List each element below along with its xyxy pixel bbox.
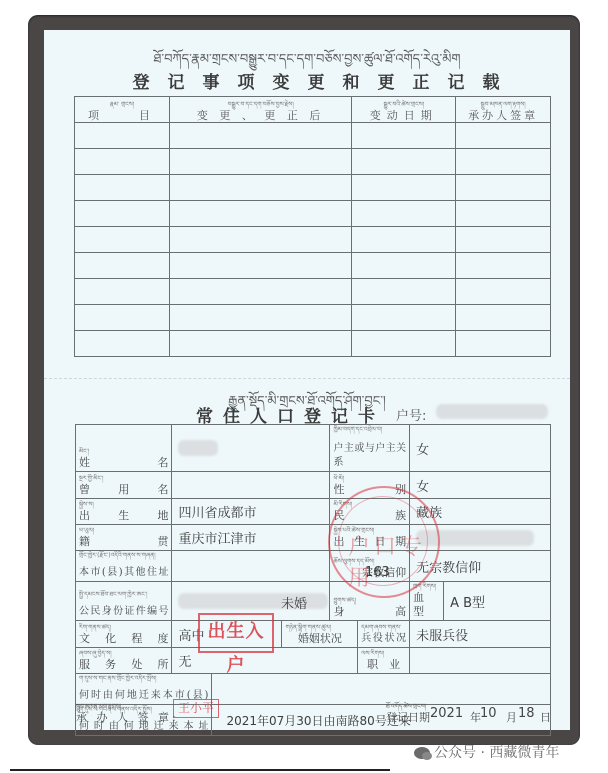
reg-date-label: 登记日期: [386, 709, 430, 725]
value-former-name: [172, 472, 330, 499]
table-row: [75, 149, 551, 175]
label-native-place: ཕ་ཡུལ།籍 贯: [76, 525, 172, 551]
table-row: [75, 331, 551, 357]
row-education: རིག་གནས་ཚད།文 化 程 度 高中 གཉེན་སྒྲིག་གནས་ཚུལ…: [76, 621, 551, 648]
value-gender: 女: [410, 472, 551, 499]
reg-date-year: 2021: [430, 706, 463, 721]
upper-title-chinese: 登记事项变更和更正记载: [44, 68, 588, 93]
table-row: [75, 227, 551, 253]
reg-date-day-unit: 日: [540, 709, 551, 725]
col-item: རྣམ་ གྲངས།项 目: [75, 97, 170, 123]
round-official-seal: 户口专用: [328, 486, 440, 598]
label-name: མིང་།姓 名: [76, 425, 172, 472]
watermark: 公众号 · 西藏微青年: [414, 742, 559, 762]
household-number-redacted: [436, 404, 548, 419]
change-record-header: རྣམ་ གྲངས།项 目 བསྒྱུར་བ་དང་དག་བཅོས་བྱས་རྗ…: [75, 97, 551, 123]
row-birthplace: སྐྱེས་ས།出 生 地 四川省成都市 མི་རིགས།民 族 藏族: [76, 499, 551, 525]
row-id-number: སྤྱི་དམངས་ཐོབ་ཐང་ལག་ཁྱེར་ཨང་།公民身份证件编号 བྱ…: [76, 582, 551, 621]
label-other-address: གྲོང་ཁྱེར་(རྫོང་)འདིའི་གནས་ས་གཞན།本市(县)其他…: [76, 551, 172, 582]
table-row: [75, 305, 551, 331]
col-change-date: སྒྱུར་བའི་ཚེས་གྲངས།变动日期: [352, 97, 456, 123]
value-blood-type: A B型: [444, 582, 551, 621]
page-fold-line: [44, 378, 570, 379]
row-native-place: ཕ་ཡུལ།籍 贯 重庆市江津市 སྐྱེས་པའི་ཚེས་གྲངས།出生日期: [76, 525, 551, 551]
bottom-rule: [10, 769, 390, 771]
label-id-number: སྤྱི་དམངས་ཐོབ་ཐང་ལག་ཁྱེར་ཨང་།公民身份证件编号: [76, 582, 172, 621]
registration-card-table: མིང་།姓 名 ཁྱིམ་བདག་དང་འབྲེལ་བ།户主或与户主关系 女 …: [75, 424, 551, 736]
row-moved-to-city: ག་དུས་ས་གང་ནས་གྲོང་ཁྱེར་འདིར་སྤོས།何时由何地迁…: [76, 674, 551, 705]
value-other-address: [172, 551, 330, 582]
row-other-address: གྲོང་ཁྱེར་(རྫོང་)འདིའི་གནས་ས་གཞན།本市(县)其他…: [76, 551, 551, 582]
label-military: དམག་ཞབས་གནས་ཚུལ།兵役状况: [358, 621, 410, 648]
value-relation: 女: [410, 425, 551, 472]
name-redacted: [178, 440, 218, 456]
label-education: རིག་གནས་ཚད།文 化 程 度: [76, 621, 172, 648]
seal-text: 户口专用: [348, 530, 438, 592]
label-marital: གཉེན་སྒྲིག་གནས་ཚུལ།婚姻状况: [282, 621, 358, 648]
reg-date-day: 18: [518, 706, 535, 721]
value-native-place: 重庆市江津市: [172, 525, 330, 551]
label-former-name: སྔར་གྱི་མིང་།曾 用 名: [76, 472, 172, 499]
label-birthplace: སྐྱེས་ས།出 生 地: [76, 499, 172, 525]
row-former-name: སྔར་གྱི་མིང་།曾 用 名 ཕོ་མོ།性 别 女: [76, 472, 551, 499]
value-occupation: [410, 648, 551, 674]
value-marital: 未婚: [281, 593, 307, 612]
table-row: [75, 175, 551, 201]
signer-stamp: 王小平: [173, 699, 219, 718]
value-birthplace: 四川省成都市: [172, 499, 330, 525]
change-record-table: རྣམ་ གྲངས།项 目 བསྒྱུར་བ་དང་དག་བཅོས་བྱས་རྗ…: [74, 96, 551, 357]
value-moved-to-address: 2021年07月30日由南路80号迁来: [212, 705, 551, 736]
value-moved-to-city: [212, 674, 551, 705]
birth-registration-stamp: 出生入户: [198, 613, 274, 653]
row-name: མིང་།姓 名 ཁྱིམ་བདག་དང་འབྲེལ་བ།户主或与户主关系 女: [76, 425, 551, 472]
label-workplace: ཞབས་ཞུ་བྱེད་ས།服 务 处 所: [76, 648, 172, 674]
label-relation: ཁྱིམ་བདག་དང་འབྲེལ་བ།户主或与户主关系: [330, 425, 410, 472]
row-workplace: ཞབས་ཞུ་བྱེད་ས།服 务 处 所 无 ལས་རིགས།职 业: [76, 648, 551, 674]
signer-label: 承 办 人 签 章:: [76, 709, 179, 725]
table-row: [75, 123, 551, 149]
wechat-icon: [414, 747, 430, 759]
col-after-change: བསྒྱུར་བ་དང་དག་བཅོས་བྱས་རྗེས།变 更 、 更 正 后: [169, 97, 352, 123]
table-row: [75, 201, 551, 227]
household-number-label: 户号:: [396, 405, 426, 424]
label-occupation: ལས་རིགས།职 业: [358, 648, 410, 674]
watermark-text: 公众号 · 西藏微青年: [434, 745, 559, 761]
table-row: [75, 279, 551, 305]
col-handler-signature: སྒྲུབ་མཁན་ལག་རྟགས།承办人签章: [456, 97, 551, 123]
table-row: [75, 253, 551, 279]
value-name: [172, 425, 330, 472]
value-military: 未服兵役: [410, 621, 551, 648]
reg-date-month-unit: 月: [506, 709, 517, 725]
reg-date-month: 10: [480, 706, 497, 721]
